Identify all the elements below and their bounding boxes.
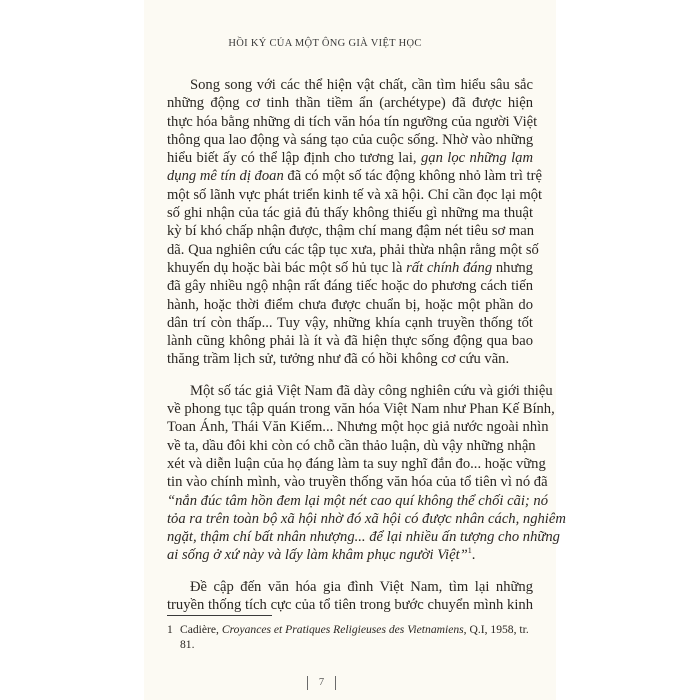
text-line: thông qua lao động và sáng tạo của cuộc … bbox=[167, 131, 533, 149]
text-line: Đề cập đến văn hóa gia đình Việt Nam, tì… bbox=[167, 578, 533, 596]
text-line: kỳ bí khó chấp nhận được, thậm chí mang … bbox=[167, 222, 533, 240]
text-line: “nắn đúc tâm hồn đem lại một nét cao quí… bbox=[167, 492, 533, 510]
text-line: về ta, dầu đôi khi còn có chỗ cần thảo l… bbox=[167, 437, 533, 455]
paragraph: Một số tác giả Việt Nam đã dày công nghi… bbox=[167, 382, 533, 565]
text-line: thăng trầm lịch sử, tưởng như đã có hồi … bbox=[167, 350, 533, 368]
footnote-rule bbox=[167, 615, 272, 616]
text-line: Toan Ánh, Thái Văn Kiểm... Nhưng một học… bbox=[167, 418, 533, 436]
text-line: truyền thống tích cực của tổ tiên trong … bbox=[167, 596, 533, 614]
text-line: ai sống ở xứ này và lấy làm khâm phục ng… bbox=[167, 546, 533, 564]
text-line: tỏa ra trên toàn bộ xã hội nhờ đó xã hội… bbox=[167, 510, 533, 528]
text-line: hiểu biết ấy có thể lập định cho tương l… bbox=[167, 149, 533, 167]
text-line: ngặt, thậm chí bất nhân nhượng... để lại… bbox=[167, 528, 533, 546]
text-line: dân trí còn thấp... Tuy vậy, những khía … bbox=[167, 314, 533, 332]
text-line: tin vào chính mình, vào truyền thống văn… bbox=[167, 473, 533, 491]
text-line: dã. Qua nghiên cứu các tập tục xưa, phải… bbox=[167, 241, 533, 259]
footnote-text: Cadière, Croyances et Pratiques Religieu… bbox=[180, 622, 533, 652]
text-line: xét và diễn luận của họ đáng làm ta suy … bbox=[167, 455, 533, 473]
text-line: dụng mê tín dị đoan đã có một số tác độn… bbox=[167, 167, 533, 185]
text-line: khuyến dụ hoặc bài bác một số hủ tục là … bbox=[167, 259, 533, 277]
text-line: thực hóa bằng những di tích văn hóa tín … bbox=[167, 113, 533, 131]
paragraph: Song song với các thể hiện vật chất, cần… bbox=[167, 76, 533, 369]
footnote-number: 1 bbox=[167, 622, 173, 637]
text-line: Một số tác giả Việt Nam đã dày công nghi… bbox=[167, 382, 533, 400]
text-line: số ghi nhận của tác giả đủ thấy không th… bbox=[167, 204, 533, 222]
book-page: HỒI KÝ CỦA MỘT ÔNG GIÀ VIỆT HỌC Song son… bbox=[144, 0, 556, 700]
text-line: Song song với các thể hiện vật chất, cần… bbox=[167, 76, 533, 94]
text-line: hành, hoặc thời điểm chưa được chuẩn bị,… bbox=[167, 296, 533, 314]
text-line: lành cũng không phải là ít và đã hiện th… bbox=[167, 332, 533, 350]
text-line: một số lãnh vực phát triển kinh tế và xã… bbox=[167, 186, 533, 204]
text-line: về phong tục tập quán trong văn hóa Việt… bbox=[167, 400, 533, 418]
body-text: Song song với các thể hiện vật chất, cần… bbox=[167, 76, 533, 627]
page-number: 7 bbox=[307, 676, 336, 690]
paragraph: Đề cập đến văn hóa gia đình Việt Nam, tì… bbox=[167, 578, 533, 615]
text-line: đã gây nhiều ngộ nhận rất đáng tiếc hoặc… bbox=[167, 277, 533, 295]
footnote: 1 Cadière, Croyances et Pratiques Religi… bbox=[167, 622, 533, 652]
running-head: HỒI KÝ CỦA MỘT ÔNG GIÀ VIỆT HỌC bbox=[144, 38, 506, 49]
text-line: những động cơ tinh thần tiềm ẩn (archéty… bbox=[167, 94, 533, 112]
